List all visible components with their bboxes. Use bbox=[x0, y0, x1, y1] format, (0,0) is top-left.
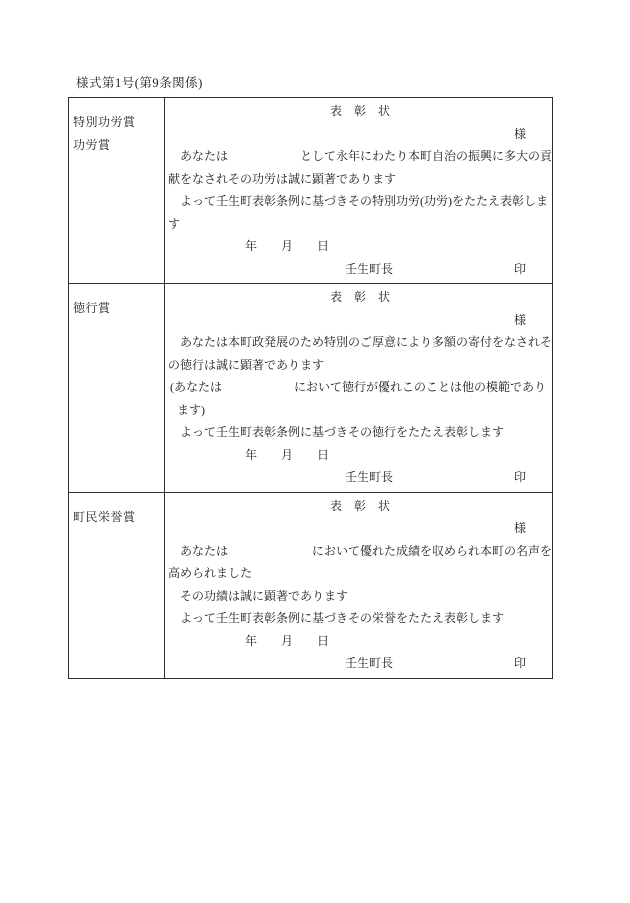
signer-name: 壬生町長 bbox=[345, 258, 393, 281]
signature-line: 壬生町長 印 bbox=[168, 652, 552, 675]
award-row: 徳行賞 表 彰 状 様 あなたは本町政発展のため特別のご厚意により多額の寄付をな… bbox=[69, 283, 552, 492]
date-line: 年 月 日 bbox=[168, 235, 552, 258]
certificate-body: あなたは本町政発展のため特別のご厚意により多額の寄付をなされその徳行は誠に顕著で… bbox=[168, 331, 552, 444]
document-page: 様式第1号(第9条関係) 特別功労賞功労賞 表 彰 状 様 あなたは として永年… bbox=[0, 0, 630, 903]
recipient-honorific: 様 bbox=[168, 123, 552, 146]
award-name-line: 特別功労賞 bbox=[73, 111, 164, 134]
certificate-paragraph: あなたは として永年にわたり本町自治の振興に多大の貢献をなされその功労は誠に顕著… bbox=[168, 145, 552, 190]
award-name-line: 功労賞 bbox=[73, 134, 164, 157]
signature-line: 壬生町長 印 bbox=[168, 258, 552, 281]
certificate-paragraph: あなたは において優れた成績を収められ本町の名声を高められました bbox=[168, 540, 552, 585]
seal-mark: 印 bbox=[514, 258, 526, 281]
award-table: 特別功労賞功労賞 表 彰 状 様 あなたは として永年にわたり本町自治の振興に多… bbox=[68, 97, 553, 679]
award-row: 町民栄誉賞 表 彰 状 様 あなたは において優れた成績を収められ本町の名声を高… bbox=[69, 492, 552, 678]
signature-line: 壬生町長 印 bbox=[168, 466, 552, 489]
certificate-body: あなたは において優れた成績を収められ本町の名声を高められましたその功績は誠に顕… bbox=[168, 540, 552, 630]
seal-mark: 印 bbox=[514, 652, 526, 675]
certificate-paragraph: (あなたは において徳行が優れこのことは他の模範であります) bbox=[177, 376, 552, 421]
certificate-title: 表 彰 状 bbox=[168, 495, 552, 518]
recipient-honorific: 様 bbox=[168, 517, 552, 540]
award-name-line: 徳行賞 bbox=[73, 297, 164, 320]
award-name-cell: 徳行賞 bbox=[69, 284, 165, 492]
seal-mark: 印 bbox=[514, 466, 526, 489]
award-name-cell: 町民栄誉賞 bbox=[69, 493, 165, 678]
date-line: 年 月 日 bbox=[168, 444, 552, 467]
certificate-body: あなたは として永年にわたり本町自治の振興に多大の貢献をなされその功労は誠に顕著… bbox=[168, 145, 552, 235]
certificate-title: 表 彰 状 bbox=[168, 286, 552, 309]
award-name-cell: 特別功労賞功労賞 bbox=[69, 98, 165, 283]
recipient-honorific: 様 bbox=[168, 309, 552, 332]
certificate-paragraph: あなたは本町政発展のため特別のご厚意により多額の寄付をなされその徳行は誠に顕著で… bbox=[168, 331, 552, 376]
certificate-paragraph: よって壬生町表彰条例に基づきその栄誉をたたえ表彰します bbox=[168, 607, 552, 630]
certificate-paragraph: よって壬生町表彰条例に基づきその徳行をたたえ表彰します bbox=[168, 421, 552, 444]
certificate-cell: 表 彰 状 様 あなたは本町政発展のため特別のご厚意により多額の寄付をなされその… bbox=[165, 284, 552, 492]
award-name-line: 町民栄誉賞 bbox=[73, 506, 164, 529]
certificate-cell: 表 彰 状 様 あなたは において優れた成績を収められ本町の名声を高められました… bbox=[165, 493, 552, 678]
date-line: 年 月 日 bbox=[168, 630, 552, 653]
award-row: 特別功労賞功労賞 表 彰 状 様 あなたは として永年にわたり本町自治の振興に多… bbox=[69, 98, 552, 283]
signer-name: 壬生町長 bbox=[345, 652, 393, 675]
certificate-cell: 表 彰 状 様 あなたは として永年にわたり本町自治の振興に多大の貢献をなされそ… bbox=[165, 98, 552, 283]
certificate-paragraph: その功績は誠に顕著であります bbox=[168, 585, 552, 608]
certificate-paragraph: よって壬生町表彰条例に基づきその特別功労(功労)をたたえ表彰します bbox=[168, 190, 552, 235]
form-title: 様式第1号(第9条関係) bbox=[76, 76, 630, 91]
certificate-title: 表 彰 状 bbox=[168, 100, 552, 123]
signer-name: 壬生町長 bbox=[345, 466, 393, 489]
